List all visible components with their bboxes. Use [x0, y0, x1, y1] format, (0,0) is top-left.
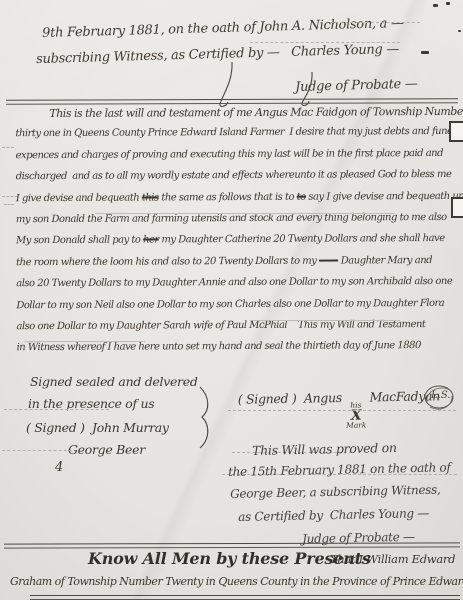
x-mark-stack: hisXMark [346, 402, 367, 429]
probate-line-3: George Beer, a subscribing Witness, [230, 483, 441, 501]
will-line-8-text: the room where the loom his and also to … [16, 255, 319, 268]
will-line-7: My son Donald shall pay to her my Daught… [16, 233, 463, 257]
faint-underline [250, 320, 400, 321]
will-line-4: discharged and as to all my wordly estat… [16, 169, 463, 193]
faint-rule [228, 410, 456, 411]
faint-underline [25, 341, 145, 342]
will-line-2: thirty one in Queens County Prince Edwar… [15, 126, 463, 150]
will-line-3: expences and charges of proving and exec… [16, 148, 463, 172]
will-line-5-text: the same as follows that is to [159, 191, 297, 203]
mark-label: Mark [346, 421, 366, 429]
pen-flourish [300, 70, 320, 110]
margin-dash [2, 147, 14, 148]
ink-speck [421, 51, 429, 54]
deed-heading: Know All Men by these Presents [88, 549, 371, 568]
faint-rule [2, 450, 72, 451]
binder-hole-mark [451, 197, 463, 218]
probate-line-4: as Certified by Charles Young — [238, 506, 429, 524]
section-divider [6, 98, 458, 105]
will-line-12: in Witness whereof I have here unto set … [17, 340, 463, 364]
struck-word: this [142, 192, 159, 203]
attestation-line-1: Signed sealed and delvered [30, 374, 198, 389]
will-line-5-text: I give devise and bequeath [16, 192, 142, 204]
ink-speck [446, 2, 450, 5]
will-line-5-text: say I give devise and bequeath unto [306, 190, 463, 202]
witness-signature-2: George Beer [68, 442, 145, 457]
margin-numeral: 4 [55, 460, 63, 475]
will-line-5: I give devise and bequeath this the same… [16, 190, 463, 214]
probate-line-2: the 15th February 1881 on the oath of [228, 460, 451, 479]
margin-dash [4, 204, 14, 205]
will-line-9: also 20 Twenty Dollars to my Daughter An… [16, 276, 463, 300]
struck-word: to [297, 191, 306, 202]
binder-hole-mark [449, 121, 463, 142]
will-line-1: This is the last will and testament of m… [15, 105, 463, 129]
testator-first-name: Angus [304, 390, 342, 406]
section-divider [4, 542, 460, 548]
struck-word: —— [319, 255, 338, 266]
struck-word: her [143, 235, 159, 246]
will-line-7-text: my Daughter Catherine 20 Twenty Dollars … [159, 233, 445, 245]
will-body: This is the last will and testament of m… [15, 105, 463, 364]
will-line-8: the room where the loom his and also to … [16, 255, 463, 279]
ink-speck [458, 30, 461, 32]
signed-label: ( Signed ) [238, 391, 297, 407]
will-line-11: also one Dollar to my Daughter Sarah wif… [16, 319, 463, 343]
scanned-will-document: { "top_certification": { "line1": "9th F… [0, 0, 463, 600]
ink-speck [433, 4, 438, 7]
will-line-6: my son Donald the Farm and farming utens… [16, 212, 463, 236]
probate-line-1: This Will was proved on [252, 440, 397, 458]
deed-heading-right: That I William Edward [330, 552, 455, 566]
witness-signature-1: ( Signed ) John Murray [26, 420, 169, 435]
will-line-10: Dollar to my son Neil also one Dollar to… [16, 297, 463, 321]
seal-label: L.S. [431, 390, 451, 401]
section-divider [30, 595, 460, 600]
will-line-7-text: My son Donald shall pay to [16, 235, 143, 247]
will-line-8-text: Daughter Mary and [338, 255, 432, 266]
faint-rule [4, 409, 109, 410]
cert-line-1: 9th February 1881, on the oath of John A… [42, 16, 404, 41]
faint-rule [330, 22, 420, 23]
faint-underline [95, 213, 395, 214]
ls-seal: L.S. [422, 382, 456, 412]
deed-line-2: Graham of Township Number Twenty in Quee… [10, 575, 463, 588]
faint-rule [250, 42, 400, 43]
brace-flourish [196, 385, 214, 450]
